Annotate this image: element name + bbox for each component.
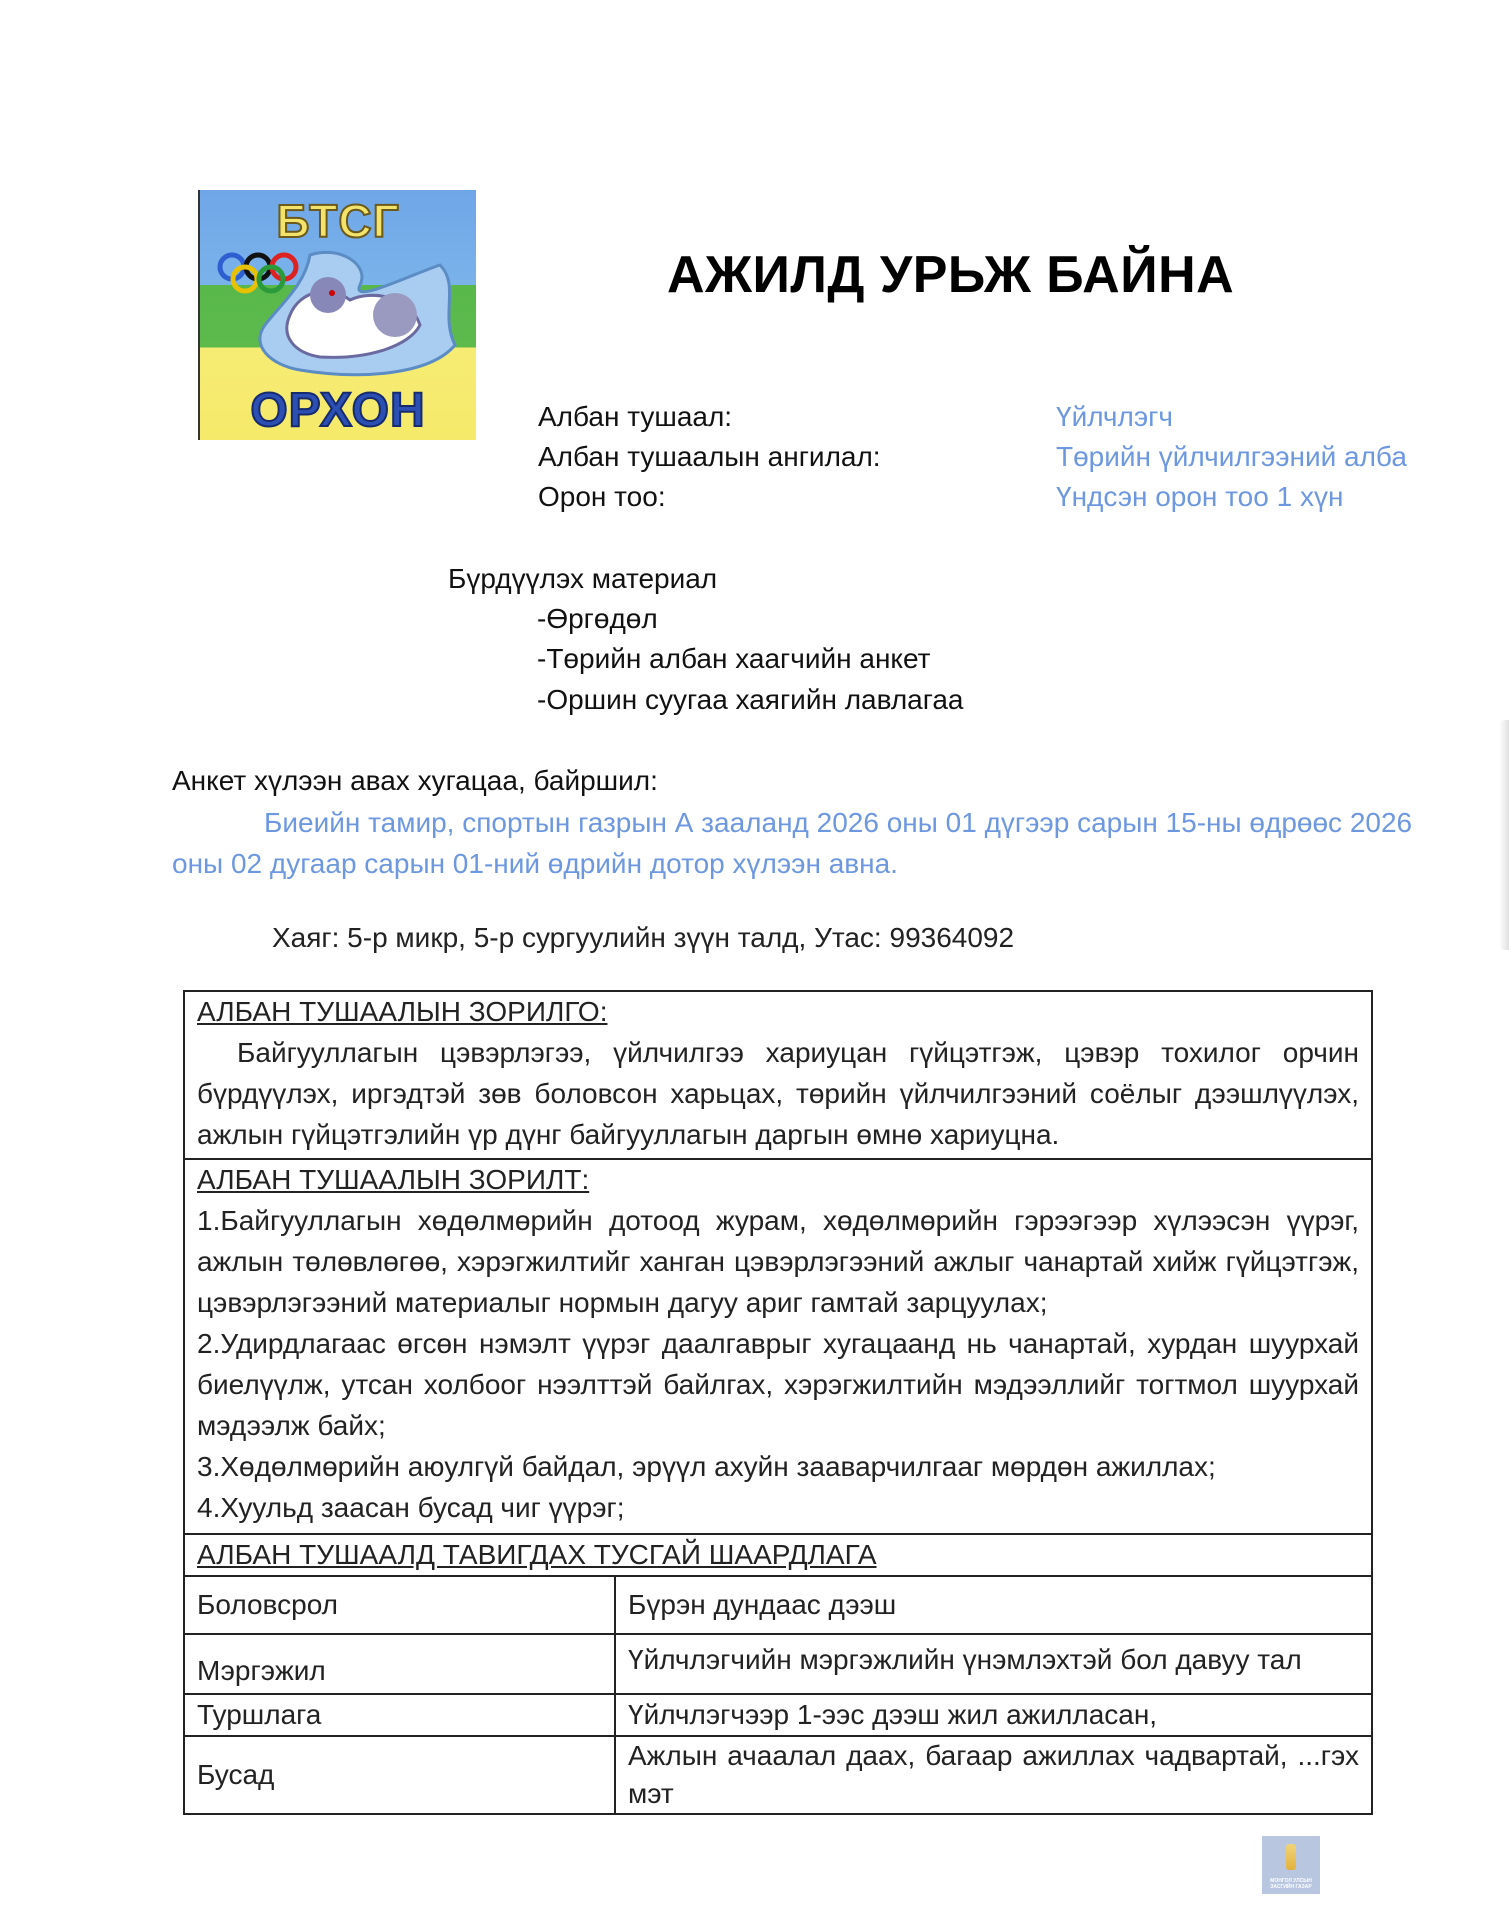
tasks-section: АЛБАН ТУШААЛЫН ЗОРИЛТ: 1.Байгууллагын хө… bbox=[185, 1160, 1371, 1535]
position-category-label: Албан тушаалын ангилал: bbox=[538, 441, 881, 473]
requirement-label: Туршлага bbox=[197, 1695, 321, 1735]
task-item: 3.Хөдөлмөрийн аюулгүй байдал, эрүүл ахуй… bbox=[197, 1446, 1359, 1487]
requirements-heading: АЛБАН ТУШААЛД ТАВИГДАХ ТУСГАЙ ШААРДЛАГА bbox=[197, 1535, 1359, 1575]
headcount-value: Үндсэн орон тоо 1 хүн bbox=[1056, 481, 1343, 513]
requirement-row: Боловсрол Бүрэн дундаас дээш bbox=[185, 1577, 1371, 1635]
job-description-table: АЛБАН ТУШААЛЫН ЗОРИЛГО: Байгууллагын цэв… bbox=[183, 990, 1373, 1815]
requirements-grid: Боловсрол Бүрэн дундаас дээш Мэргэжил Үй… bbox=[185, 1577, 1371, 1813]
materials-item: -Төрийн албан хаагчийн анкет bbox=[537, 643, 930, 675]
requirement-row: Туршлага Үйлчлэгчээр 1-ээс дээш жил ажил… bbox=[185, 1695, 1371, 1737]
task-item: 1.Байгууллагын хөдөлмөрийн дотоод журам,… bbox=[197, 1200, 1359, 1323]
materials-item: -Өргөдөл bbox=[537, 603, 658, 635]
purpose-heading: АЛБАН ТУШААЛЫН ЗОРИЛГО: bbox=[197, 992, 1359, 1032]
task-item: 2.Удирдлагаас өгсөн нэмэлт үүрэг даалгав… bbox=[197, 1323, 1359, 1446]
snow-lion-emblem-icon bbox=[210, 245, 466, 385]
mongolian-government-emblem: МОНГОЛ УЛСЫН ЗАСГИЙН ГАЗАР bbox=[1262, 1836, 1320, 1894]
address-contact: Хаяг: 5-р микр, 5-р сургуулийн зүүн талд… bbox=[272, 922, 1014, 954]
task-item: 4.Хуульд заасан бусад чиг үүрэг; bbox=[197, 1487, 1359, 1528]
requirement-row: Мэргэжил Үйлчлэгчийн мэргэжлийн үнэмлэхт… bbox=[185, 1635, 1371, 1695]
logo-top-text: БТСГ bbox=[200, 194, 476, 248]
submission-heading: Анкет хүлээн авах хугацаа, байршил: bbox=[172, 765, 658, 797]
requirement-value: Үйлчлэгчээр 1-ээс дээш жил ажилласан, bbox=[614, 1695, 1371, 1735]
purpose-section: АЛБАН ТУШААЛЫН ЗОРИЛГО: Байгууллагын цэв… bbox=[185, 992, 1371, 1160]
materials-item: -Оршин суугаа хаягийн лавлагаа bbox=[537, 684, 964, 716]
side-panel-handle[interactable] bbox=[1499, 720, 1509, 950]
requirement-value: Үйлчлэгчийн мэргэжлийн үнэмлэхтэй бол да… bbox=[614, 1635, 1371, 1693]
position-value: Үйлчлэгч bbox=[1056, 401, 1173, 433]
position-category-value: Төрийн үйлчилгээний алба bbox=[1056, 441, 1407, 473]
logo-bottom-text: ОРХОН bbox=[200, 383, 476, 438]
requirement-row: Бусад Ажлын ачаалал даах, багаар ажиллах… bbox=[185, 1737, 1371, 1813]
orkhon-sports-logo: БТСГ ОРХОН bbox=[198, 190, 476, 440]
emblem-text: МОНГОЛ УЛСЫН ЗАСГИЙН ГАЗАР bbox=[1262, 1878, 1320, 1890]
position-label: Албан тушаал: bbox=[538, 401, 732, 433]
requirement-label: Мэргэжил bbox=[197, 1635, 326, 1693]
materials-heading: Бүрдүүлэх материал bbox=[448, 563, 717, 595]
requirement-value: Ажлын ачаалал даах, багаар ажиллах чадва… bbox=[614, 1737, 1371, 1813]
page-title: АЖИЛД УРЬЖ БАЙНА bbox=[667, 245, 1234, 305]
headcount-label: Орон тоо: bbox=[538, 481, 666, 513]
tasks-heading: АЛБАН ТУШААЛЫН ЗОРИЛТ: bbox=[197, 1160, 1359, 1200]
requirement-label: Боловсрол bbox=[197, 1577, 338, 1633]
requirement-label: Бусад bbox=[197, 1737, 274, 1813]
soyombo-icon bbox=[1286, 1844, 1296, 1870]
requirement-value: Бүрэн дундаас дээш bbox=[614, 1577, 1371, 1633]
submission-details: Биеийн тамир, спортын газрын А зааланд 2… bbox=[172, 802, 1452, 884]
requirements-section: АЛБАН ТУШААЛД ТАВИГДАХ ТУСГАЙ ШААРДЛАГА bbox=[185, 1535, 1371, 1577]
purpose-text: Байгууллагын цэвэрлэгээ, үйлчилгээ хариу… bbox=[197, 1032, 1359, 1155]
